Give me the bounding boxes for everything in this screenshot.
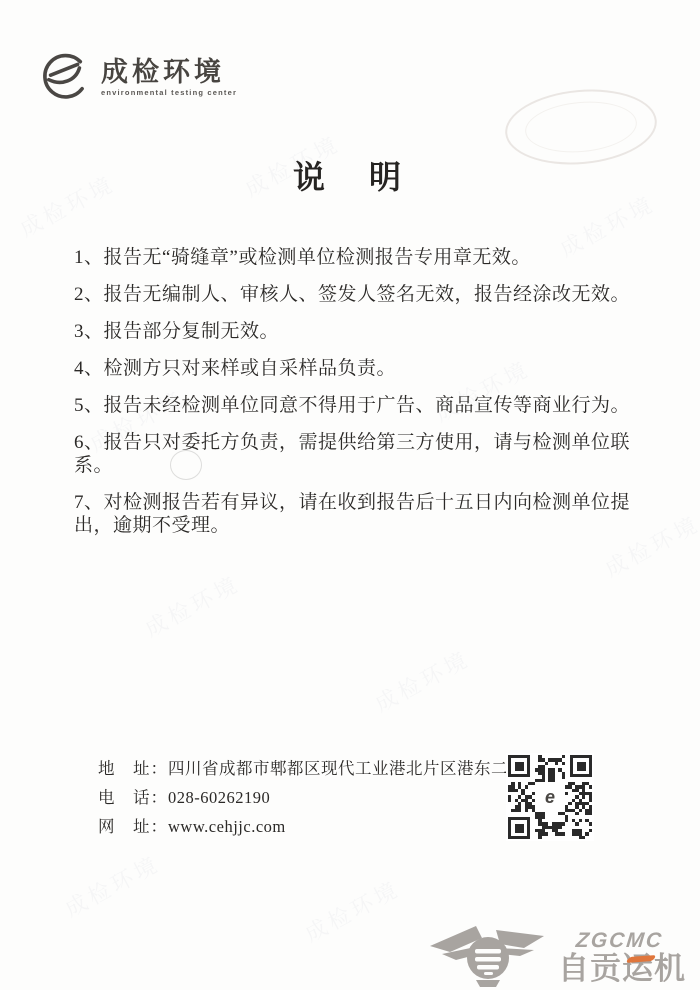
phone-value: 028-60262190 <box>168 789 270 807</box>
note-item-1: 1、报告无“骑缝章”或检测单位检测报告专用章无效。 <box>74 246 660 269</box>
qr-finder-bottomleft <box>508 817 530 839</box>
footer-logo-zh: 自贡运机 <box>558 952 686 986</box>
qr-center-glyph: e <box>545 788 555 806</box>
note-item-4: 4、检测方只对来样或自采样品负责。 <box>74 357 660 380</box>
winged-emblem-icon <box>430 920 570 990</box>
notes-list: 1、报告无“骑缝章”或检测单位检测报告专用章无效。 2、报告无编制人、审核人、签… <box>74 246 660 551</box>
note-item-2: 2、报告无编制人、审核人、签发人签名无效，报告经涂改无效。 <box>74 283 660 306</box>
watermark: 成检环境 <box>299 872 405 948</box>
note-item-6: 6、报告只对委托方负责，需提供给第三方使用，请与检测单位联系。 <box>74 431 660 477</box>
qr-code: e <box>506 753 594 841</box>
phone-label: 电 话： <box>98 789 168 807</box>
footer-logo-en: ZGCMC <box>575 930 687 952</box>
note-item-7: 7、对检测报告若有异议，请在收到报告后十五日内向检测单位提出，逾期不受理。 <box>74 491 660 537</box>
watermark: 成检环境 <box>369 642 475 718</box>
qr-finder-topleft <box>508 755 530 777</box>
brand-tagline: environmental testing center <box>101 88 237 97</box>
qr-finder-topright <box>570 755 592 777</box>
brand-logo: 成检环境 environmental testing center <box>38 50 237 104</box>
brand-name: 成检环境 <box>101 57 237 87</box>
e-circle-logo-icon <box>38 50 92 104</box>
footer-logo-text: ZGCMC 自贡运机 <box>558 930 686 986</box>
note-item-3: 3、报告部分复制无效。 <box>74 320 660 343</box>
document-page: 成检环境 成检环境 成检环境 成检环境 成检环境 成检环境 成检环境 成检环境 … <box>0 0 700 990</box>
note-item-5: 5、报告未经检测单位同意不得用于广告、商品宣传等商业行为。 <box>74 394 660 417</box>
website-value: www.cehjjc.com <box>168 818 286 836</box>
qr-center-logo: e <box>537 784 563 810</box>
address-label: 地 址： <box>98 760 168 778</box>
brand-text: 成检环境 environmental testing center <box>101 57 237 97</box>
page-title: 说 明 <box>0 152 700 198</box>
watermark: 成检环境 <box>139 567 245 643</box>
website-label: 网 址： <box>98 818 168 836</box>
footer-logo: ZGCMC 自贡运机 <box>430 918 700 990</box>
watermark: 成检环境 <box>59 847 165 923</box>
